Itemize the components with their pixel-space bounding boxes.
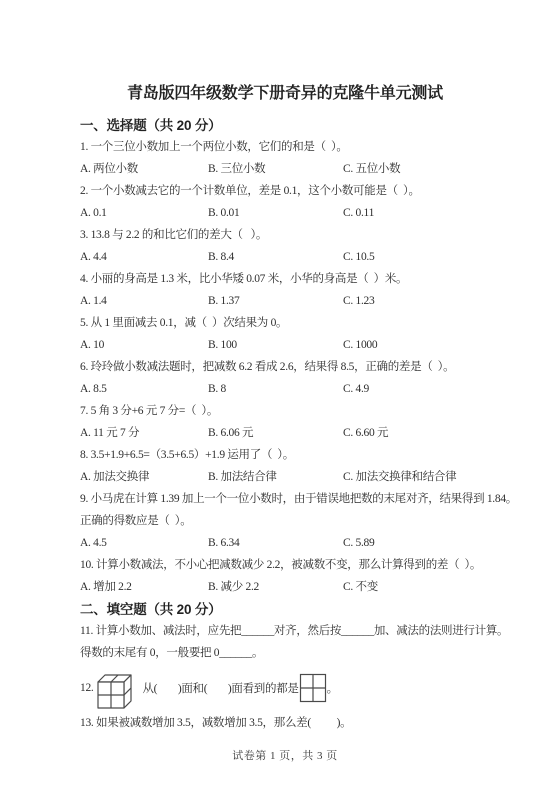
- section-header-choice: 一、选择题（共 20 分）: [80, 116, 490, 136]
- option-b: B. 三位小数: [208, 158, 343, 180]
- question-text: 从( )面和( )面看到的都是: [142, 680, 298, 696]
- option-row: A. 加法交换律 B. 加法结合律 C. 加法交换律和结合律: [80, 466, 490, 488]
- option-c: C. 5.89: [343, 532, 490, 554]
- question-stem: 8. 3.5+1.9+6.5=（3.5+6.5）+1.9 运用了（ ）。: [80, 444, 490, 466]
- option-a: A. 增加 2.2: [80, 576, 208, 598]
- option-a: A. 4.4: [80, 246, 208, 268]
- option-row: A. 11 元 7 分 B. 6.06 元 C. 6.60 元: [80, 422, 490, 444]
- option-a: A. 0.1: [80, 202, 208, 224]
- option-a: A. 10: [80, 334, 208, 356]
- question-stem: 11. 计算小数加、减法时，应先把______对齐，然后按______加、减法的…: [80, 620, 490, 642]
- question-12-row: 12. 从( )面和( )面看到的都是: [80, 664, 490, 712]
- cube-stack-figure: [96, 666, 142, 710]
- option-row: A. 两位小数 B. 三位小数 C. 五位小数: [80, 158, 490, 180]
- option-c: C. 1000: [343, 334, 490, 356]
- question-stem: 10. 计算小数减法，不小心把减数减少 2.2，被减数不变，那么计算得到的差（ …: [80, 554, 490, 576]
- option-a: A. 两位小数: [80, 158, 208, 180]
- question-stem: 2. 一个小数减去它的一个计数单位，差是 0.1，这个小数可能是（ ）。: [80, 180, 490, 202]
- page-title: 青岛版四年级数学下册奇异的克隆牛单元测试: [80, 84, 490, 104]
- question-stem-continued: 正确的得数应是（ ）。: [80, 510, 490, 532]
- question-stem: 3. 13.8 与 2.2 的和比它们的差大（ ）。: [80, 224, 490, 246]
- page-footer: 试卷第 1 页，共 3 页: [80, 748, 490, 764]
- question-stem: 7. 5 角 3 分+6 元 7 分=（ ）。: [80, 400, 490, 422]
- option-c: C. 6.60 元: [343, 422, 490, 444]
- question-stem: 5. 从 1 里面减去 0.1，减（ ）次结果为 0。: [80, 312, 490, 334]
- option-c: C. 加法交换律和结合律: [343, 466, 490, 488]
- option-a: A. 加法交换律: [80, 466, 208, 488]
- question-stem: 9. 小马虎在计算 1.39 加上一个一位小数时，由于错误地把数的末尾对齐，结果…: [80, 488, 490, 510]
- question-stem-continued: 得数的末尾有 0，一般要把 0______。: [80, 642, 490, 664]
- option-a: A. 11 元 7 分: [80, 422, 208, 444]
- option-b: B. 1.37: [208, 290, 343, 312]
- option-b: B. 100: [208, 334, 343, 356]
- test-paper-page: 青岛版四年级数学下册奇异的克隆牛单元测试 一、选择题（共 20 分） 1. 一个…: [0, 0, 555, 785]
- option-c: C. 10.5: [343, 246, 490, 268]
- option-a: A. 8.5: [80, 378, 208, 400]
- option-row: A. 4.5 B. 6.34 C. 5.89: [80, 532, 490, 554]
- question-stem: 4. 小丽的身高是 1.3 米，比小华矮 0.07 米，小华的身高是（ ）米。: [80, 268, 490, 290]
- option-a: A. 4.5: [80, 532, 208, 554]
- option-c: C. 0.11: [343, 202, 490, 224]
- option-b: B. 加法结合律: [208, 466, 343, 488]
- option-row: A. 0.1 B. 0.01 C. 0.11: [80, 202, 490, 224]
- option-row: A. 1.4 B. 1.37 C. 1.23: [80, 290, 490, 312]
- option-b: B. 减少 2.2: [208, 576, 343, 598]
- section-header-fill: 二、填空题（共 20 分）: [80, 600, 490, 620]
- option-b: B. 8.4: [208, 246, 343, 268]
- question-number: 12.: [80, 682, 93, 694]
- option-row: A. 增加 2.2 B. 减少 2.2 C. 不变: [80, 576, 490, 598]
- option-b: B. 6.34: [208, 532, 343, 554]
- square-grid-figure: [299, 673, 327, 703]
- question-stem: 1. 一个三位小数加上一个两位小数，它们的和是（ ）。: [80, 136, 490, 158]
- question-text-period: 。: [327, 680, 338, 696]
- option-c: C. 4.9: [343, 378, 490, 400]
- option-c: C. 不变: [343, 576, 490, 598]
- option-c: C. 1.23: [343, 290, 490, 312]
- option-row: A. 8.5 B. 8 C. 4.9: [80, 378, 490, 400]
- question-stem: 13. 如果被减数增加 3.5，减数增加 3.5，那么差( )。: [80, 712, 490, 734]
- option-c: C. 五位小数: [343, 158, 490, 180]
- option-row: A. 4.4 B. 8.4 C. 10.5: [80, 246, 490, 268]
- option-b: B. 0.01: [208, 202, 343, 224]
- question-stem: 6. 玲玲做小数减法题时，把减数 6.2 看成 2.6，结果得 8.5，正确的差…: [80, 356, 490, 378]
- option-b: B. 6.06 元: [208, 422, 343, 444]
- option-b: B. 8: [208, 378, 343, 400]
- option-a: A. 1.4: [80, 290, 208, 312]
- option-row: A. 10 B. 100 C. 1000: [80, 334, 490, 356]
